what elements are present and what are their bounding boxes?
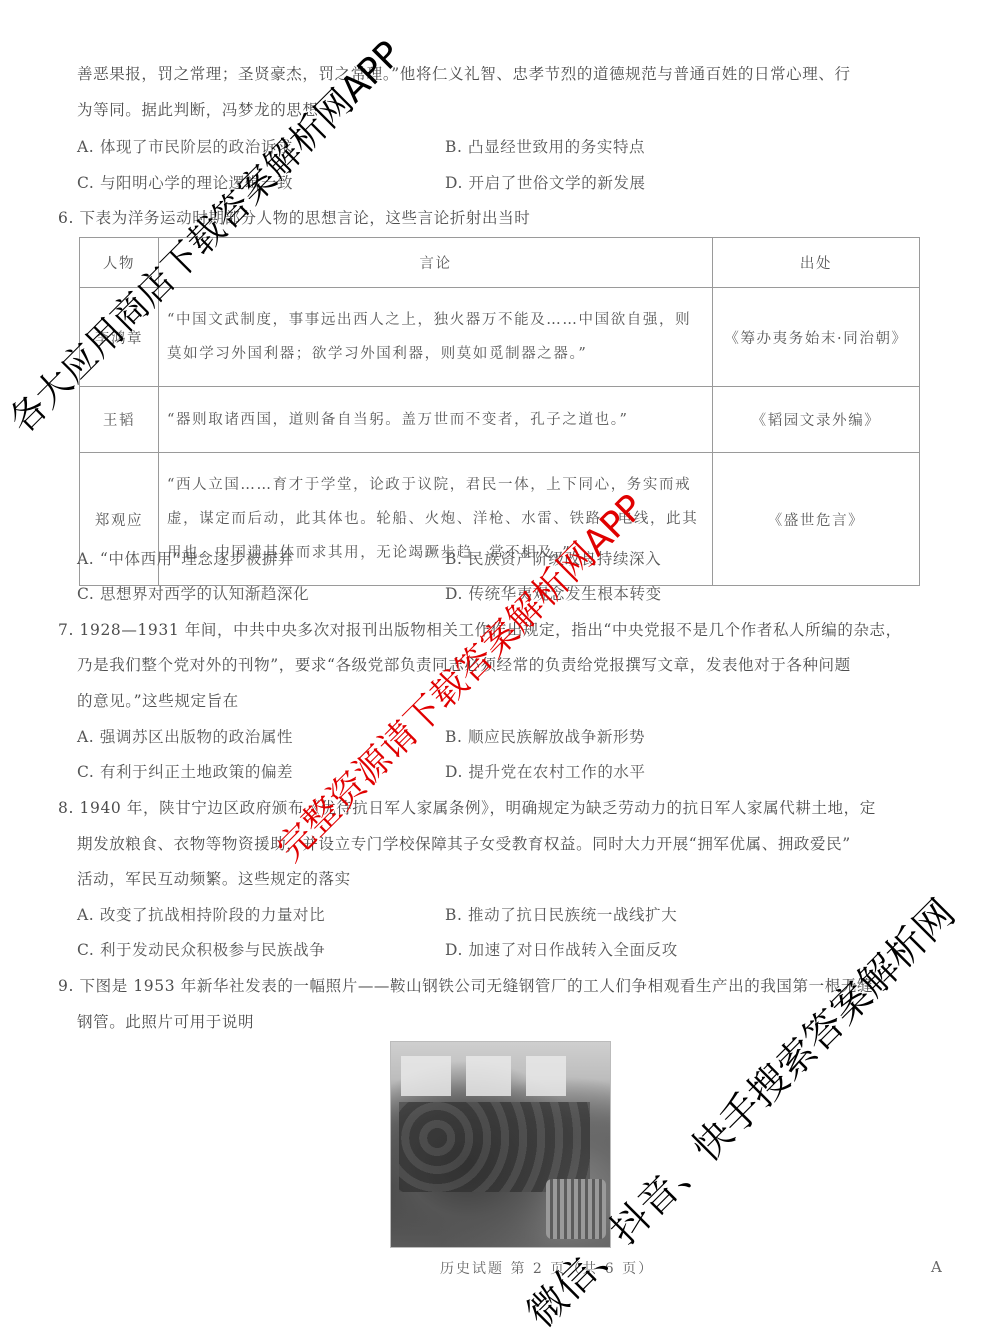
header-quote: 言论 bbox=[159, 238, 713, 288]
header-source: 出处 bbox=[713, 238, 920, 288]
q7-option-b: B. 顺应民族解放战争新形势 bbox=[445, 727, 645, 747]
photo-window bbox=[466, 1056, 511, 1096]
q8-option-a: A. 改变了抗战相持阶段的力量对比 bbox=[77, 905, 325, 925]
source-cell: 《筹办夷务始末·同治朝》 bbox=[713, 288, 920, 387]
q5-option-c: C. 与阳明心学的理论逻辑一致 bbox=[77, 173, 293, 193]
table-row: 李鸿章 “中国文武制度，事事远出西人之上，独火器万不能及……中国欲自强，则莫如学… bbox=[80, 288, 920, 387]
q5-option-b: B. 凸显经世致用的务实特点 bbox=[445, 137, 645, 157]
q8-stem-line-3: 活动，军民互动频繁。这些规定的落实 bbox=[77, 869, 351, 889]
q9-stem-line-1: 9. 下图是 1953 年新华社发表的一幅照片——鞍山钢铁公司无缝钢管厂的工人们… bbox=[58, 976, 873, 996]
q9-stem-line-2: 钢管。此照片可用于说明 bbox=[77, 1012, 254, 1032]
table-header-row: 人物 言论 出处 bbox=[80, 238, 920, 288]
q7-stem-line-1: 7. 1928—1931 年间，中共中央多次对报刊出版物相关工作作出规定，指出“… bbox=[58, 620, 902, 640]
q7-option-d: D. 提升党在农村工作的水平 bbox=[445, 762, 646, 782]
person-cell: 李鸿章 bbox=[80, 288, 159, 387]
q7-option-c: C. 有利于纠正土地政策的偏差 bbox=[77, 762, 293, 782]
photo-machine bbox=[546, 1179, 606, 1239]
q5-stem-line-2: 为等同。据此判断，冯梦龙的思想 bbox=[77, 100, 319, 120]
exam-page: 善恶果报，罚之常理；圣贤豪杰，罚之常理。”他将仁义礼智、忠孝节烈的道德规范与普通… bbox=[0, 0, 1000, 1333]
quote-cell: “器则取诸西国，道则备自当躬。盖万世而不变者，孔子之道也。” bbox=[159, 387, 713, 453]
q6-option-d: D. 传统华夷观念发生根本转变 bbox=[445, 584, 662, 604]
factory-workers-photo bbox=[390, 1041, 611, 1248]
page-footer: 历史试题 第 2 页（共 6 页） bbox=[440, 1258, 654, 1278]
q8-option-b: B. 推动了抗日民族统一战线扩大 bbox=[445, 905, 677, 925]
q6-stem: 6. 下表为洋务运动时期部分人物的思想言论，这些言论折射出当时 bbox=[58, 208, 530, 228]
q8-stem-line-2: 期发放粮食、衣物等物资援助，并设立专门学校保障其子女受教育权益。同时大力开展“拥… bbox=[77, 834, 851, 854]
q8-option-c: C. 利于发动民众积极参与民族战争 bbox=[77, 940, 325, 960]
q7-option-a: A. 强调苏区出版物的政治属性 bbox=[77, 727, 293, 747]
q5-option-d: D. 开启了世俗文学的新发展 bbox=[445, 173, 646, 193]
q6-option-b: B. 民族资产阶级改良持续深入 bbox=[445, 549, 661, 569]
source-cell: 《韬园文录外编》 bbox=[713, 387, 920, 453]
q5-option-a: A. 体现了市民阶层的政治诉求 bbox=[77, 137, 293, 157]
table-row: 王韬 “器则取诸西国，道则备自当躬。盖万世而不变者，孔子之道也。” 《韬园文录外… bbox=[80, 387, 920, 453]
q6-option-c: C. 思想界对西学的认知渐趋深化 bbox=[77, 584, 309, 604]
header-person: 人物 bbox=[80, 238, 159, 288]
paper-version-mark: A bbox=[931, 1258, 942, 1276]
q5-stem-line-1: 善恶果报，罚之常理；圣贤豪杰，罚之常理。”他将仁义礼智、忠孝节烈的道德规范与普通… bbox=[77, 64, 851, 84]
person-cell: 王韬 bbox=[80, 387, 159, 453]
q8-option-d: D. 加速了对日作战转入全面反攻 bbox=[445, 940, 678, 960]
q6-option-a: A. “中体西用”理念逐步被摒弃 bbox=[77, 549, 294, 569]
q6-quotes-table: 人物 言论 出处 李鸿章 “中国文武制度，事事远出西人之上，独火器万不能及……中… bbox=[79, 237, 920, 586]
quote-cell: “中国文武制度，事事远出西人之上，独火器万不能及……中国欲自强，则莫如学习外国利… bbox=[159, 288, 713, 387]
source-cell: 《盛世危言》 bbox=[713, 453, 920, 586]
photo-window bbox=[401, 1056, 451, 1096]
q8-stem-line-1: 8. 1940 年，陕甘宁边区政府颁布《优待抗日军人家属条例》，明确规定为缺乏劳… bbox=[58, 798, 876, 818]
q7-stem-line-3: 的意见。”这些规定旨在 bbox=[77, 691, 239, 711]
photo-window bbox=[526, 1056, 566, 1096]
q7-stem-line-2: 乃是我们整个党对外的刊物”，要求“各级党部负责同志必须经常的负责给党报撰写文章，… bbox=[77, 655, 851, 675]
